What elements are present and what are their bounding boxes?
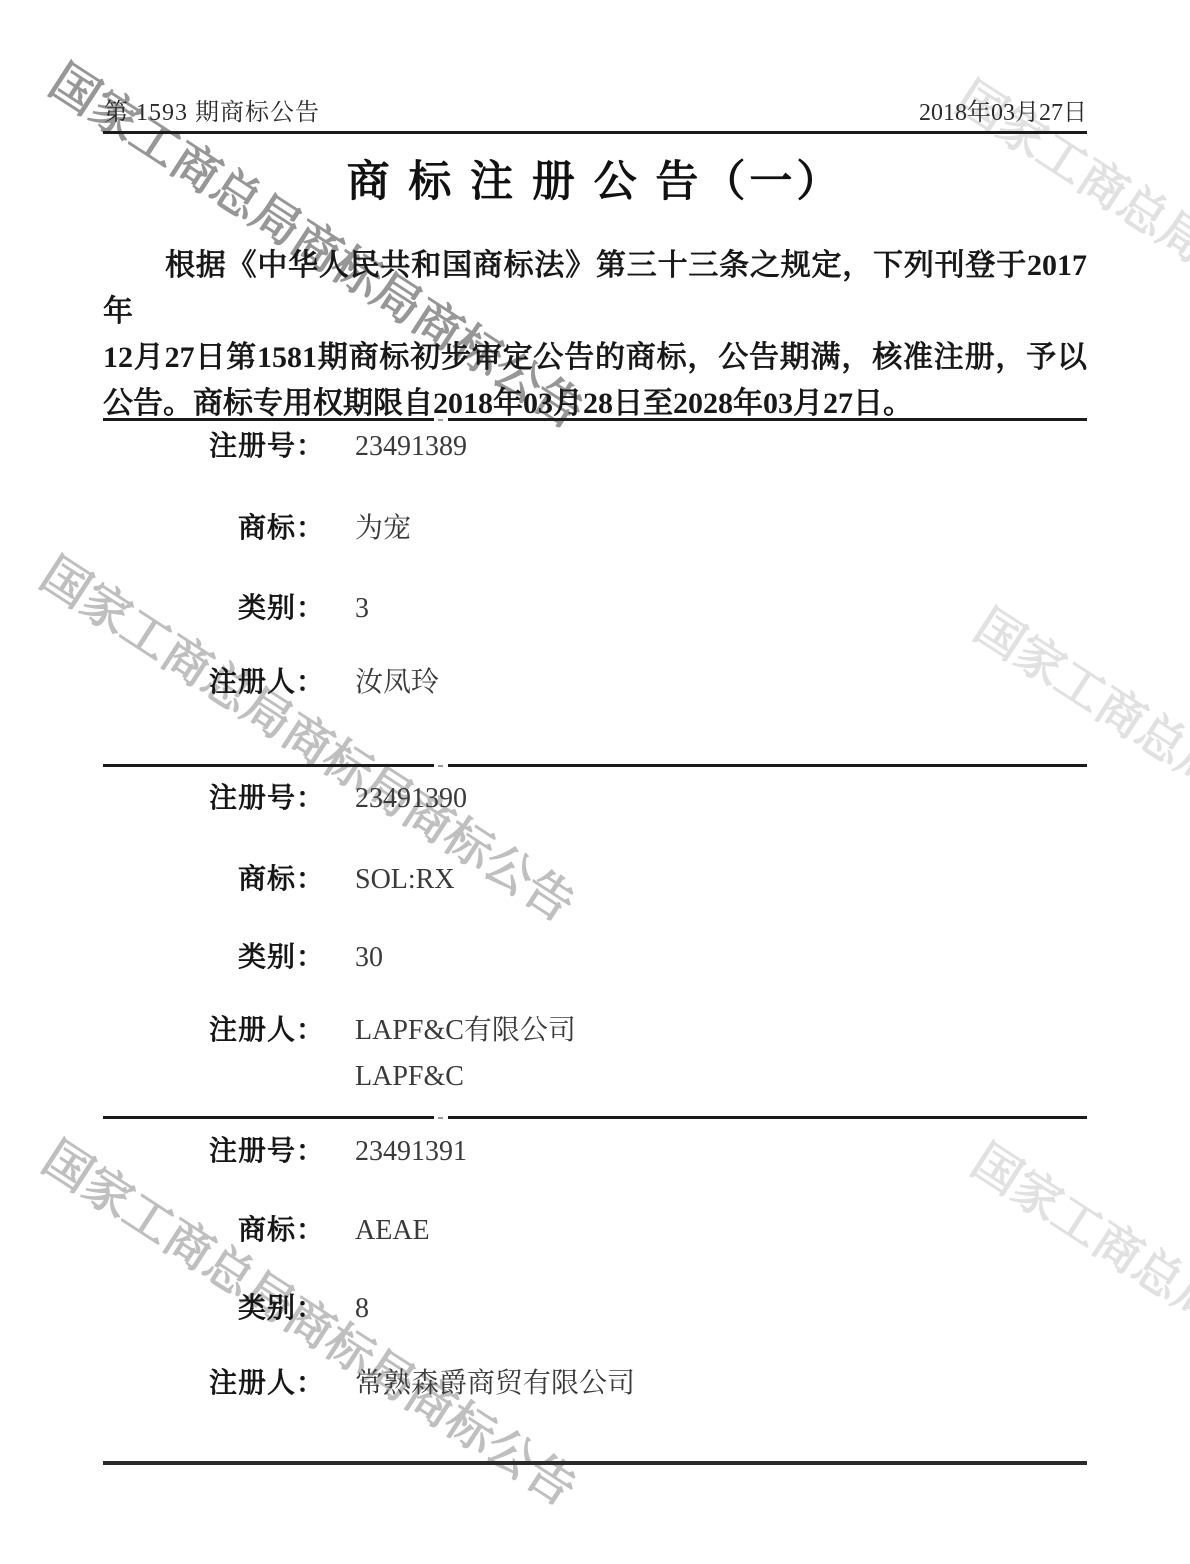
registrant-extra: LAPF&C (355, 1060, 576, 1094)
field-value: AEAE (355, 1214, 430, 1248)
record-field-category: 类别：3 (103, 592, 1087, 626)
field-label: 类别： (103, 941, 325, 975)
field-label: 类别： (103, 592, 325, 626)
field-label: 注册人： (103, 1014, 325, 1048)
field-value: LAPF&C有限公司LAPF&C (355, 1014, 576, 1094)
field-label: 类别： (103, 1292, 325, 1326)
field-label: 注册号： (103, 1135, 325, 1169)
field-value: 23491391 (355, 1135, 467, 1169)
divider-notch (434, 1115, 448, 1120)
record-field-trademark: 商标：为宠 (103, 512, 1087, 546)
header-issue-number: 第 1593 期商标公告 (104, 92, 320, 127)
record-field-registrant: 注册人：常熟森爵商贸有限公司 (103, 1367, 1087, 1413)
record-field-registrant: 注册人：汝凤玲 (103, 666, 1087, 712)
registrant-name: LAPF&C有限公司 (355, 1015, 576, 1046)
record-field-category: 类别：8 (103, 1292, 1087, 1326)
record-field-reg-no: 注册号：23491389 (103, 430, 1087, 464)
field-label: 商标： (103, 863, 325, 897)
field-value: 23491390 (355, 782, 467, 816)
page-title: 商 标 注 册 公 告（一） (0, 148, 1190, 209)
record-divider (103, 1116, 1087, 1119)
record-field-reg-no: 注册号：23491391 (103, 1135, 1087, 1169)
field-value: 汝凤玲 (355, 666, 439, 712)
intro-paragraph: 根据《中华人民共和国商标法》第三十三条之规定，下列刊登于2017年 12月27日… (103, 243, 1087, 427)
field-value: 8 (355, 1292, 369, 1326)
header-rule (103, 131, 1087, 134)
divider-notch (434, 763, 448, 768)
registrant-name: 常熟森爵商贸有限公司 (355, 1368, 635, 1399)
field-label: 注册人： (103, 1367, 325, 1401)
field-value: 23491389 (355, 430, 467, 464)
field-value: 30 (355, 941, 383, 975)
field-label: 商标： (103, 1214, 325, 1248)
field-value: 为宠 (355, 512, 411, 546)
field-label: 注册号： (103, 782, 325, 816)
intro-line: 根据《中华人民共和国商标法》第三十三条之规定，下列刊登于2017年 (103, 243, 1087, 335)
field-label: 商标： (103, 512, 325, 546)
record-divider (103, 418, 1087, 421)
field-value: 3 (355, 592, 369, 626)
field-value: SOL:RX (355, 863, 455, 897)
record-field-category: 类别：30 (103, 941, 1087, 975)
record-field-reg-no: 注册号：23491390 (103, 782, 1087, 816)
header-date: 2018年03月27日 (919, 92, 1087, 127)
intro-line: 12月27日第1581期商标初步审定公告的商标，公告期满，核准注册，予以 (103, 335, 1087, 381)
field-label: 注册人： (103, 666, 325, 700)
divider-notch (434, 417, 448, 422)
record-divider (103, 764, 1087, 767)
record-field-registrant: 注册人：LAPF&C有限公司LAPF&C (103, 1014, 1087, 1094)
record-field-trademark: 商标：AEAE (103, 1214, 1087, 1248)
page-bottom-rule (103, 1461, 1087, 1465)
field-label: 注册号： (103, 430, 325, 464)
gazette-page: 国家工商总局商标局商标公告 国家工商总局商标局商标公告 国家工商总局商标局商标公… (0, 0, 1190, 1564)
record-field-trademark: 商标：SOL:RX (103, 863, 1087, 897)
registrant-name: 汝凤玲 (355, 667, 439, 698)
field-value: 常熟森爵商贸有限公司 (355, 1367, 635, 1413)
